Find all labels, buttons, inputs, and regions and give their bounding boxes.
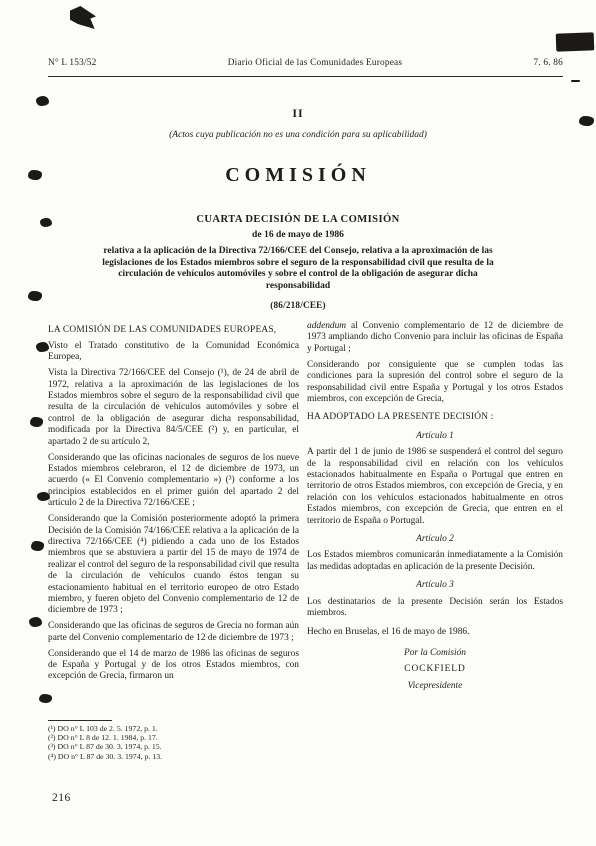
ink-smudge <box>556 32 595 51</box>
institution-heading: COMISIÓN <box>0 164 596 187</box>
issue-number: N° L 153/52 <box>48 58 96 68</box>
decision-date: de 16 de mayo de 1986 <box>86 229 510 240</box>
enacting-formula: HA ADOPTADO LA PRESENTE DECISIÓN : <box>307 412 563 423</box>
journal-title: Diario Oficial de las Comunidades Europe… <box>228 58 402 68</box>
place-and-date: Hecho en Bruselas, el 16 de mayo de 1986… <box>307 627 563 638</box>
article-2-heading: Artículo 2 <box>307 534 563 545</box>
ink-smudge <box>40 218 52 227</box>
decision-subject: relativa a la aplicación de la Directiva… <box>86 246 510 292</box>
recital-continuation: addendum al Convenio complementario de 1… <box>307 321 563 355</box>
article-3-text: Los destinatarios de la presente Decisió… <box>307 597 563 620</box>
ink-smudge <box>36 96 49 106</box>
recital-paragraph: Considerando que las oficinas de seguros… <box>48 621 299 644</box>
decision-heading: CUARTA DECISIÓN DE LA COMISIÓN de 16 de … <box>86 214 510 310</box>
ink-smudge <box>39 694 52 703</box>
ink-smudge <box>571 80 580 82</box>
recital-paragraph: Considerando que las oficinas nacionales… <box>48 453 299 510</box>
footnote: (²) DO n° L 8 de 12. 1. 1984, p. 17. <box>48 733 348 742</box>
recital-rest: al Convenio complementario de 12 de dici… <box>307 321 563 354</box>
preamble-opening: LA COMISIÓN DE LAS COMUNIDADES EUROPEAS, <box>48 325 299 336</box>
signature-title: Vicepresidente <box>307 681 563 692</box>
journal-page: N° L 153/52 Diario Oficial de las Comuni… <box>0 0 596 846</box>
footnotes: (¹) DO n° L 103 de 2. 5. 1972, p. 1. (²)… <box>48 724 348 761</box>
page-header: N° L 153/52 Diario Oficial de las Comuni… <box>48 58 563 68</box>
section-qualifier: (Actos cuya publicación no es una condic… <box>0 130 596 140</box>
left-column: LA COMISIÓN DE LAS COMUNIDADES EUROPEAS,… <box>48 325 299 687</box>
recital-paragraph: Considerando que la Comisión posteriorme… <box>48 514 299 617</box>
page-number: 216 <box>52 792 71 804</box>
ink-smudge <box>31 541 44 551</box>
ink-smudge <box>29 617 42 627</box>
addendum-italic: addendum <box>307 321 346 331</box>
citation-paragraph: Visto el Tratado constitutivo de la Comu… <box>48 341 299 364</box>
footnote: (¹) DO n° L 103 de 2. 5. 1972, p. 1. <box>48 724 348 733</box>
recital-paragraph: Considerando que el 14 de marzo de 1986 … <box>48 649 299 683</box>
article-3-heading: Artículo 3 <box>307 580 563 591</box>
decision-title: CUARTA DECISIÓN DE LA COMISIÓN <box>86 214 510 225</box>
signature-name: COCKFIELD <box>307 664 563 675</box>
article-1-heading: Artículo 1 <box>307 431 563 442</box>
footnote-rule <box>48 720 112 721</box>
footnote: (⁴) DO n° L 87 de 30. 3. 1974, p. 13. <box>48 752 348 761</box>
footnote: (³) DO n° L 87 de 30. 3. 1974, p. 15. <box>48 742 348 751</box>
article-2-text: Los Estados miembros comunicarán inmedia… <box>307 550 563 573</box>
ink-smudge <box>28 291 42 301</box>
citation-paragraph: Vista la Directiva 72/166/CEE del Consej… <box>48 368 299 448</box>
header-rule <box>48 76 563 77</box>
recital-paragraph: Considerando por consiguiente que se cum… <box>307 360 563 406</box>
right-column: addendum al Convenio complementario de 1… <box>307 321 563 692</box>
article-1-text: A partir del 1 de junio de 1986 se suspe… <box>307 447 563 527</box>
header-date: 7. 6. 86 <box>533 58 563 68</box>
ink-smudge <box>30 417 43 427</box>
section-numeral: II <box>0 106 596 121</box>
decision-reference: (86/218/CEE) <box>86 300 510 310</box>
signature-institution: Por la Comisión <box>307 648 563 659</box>
ink-smudge <box>70 6 96 29</box>
